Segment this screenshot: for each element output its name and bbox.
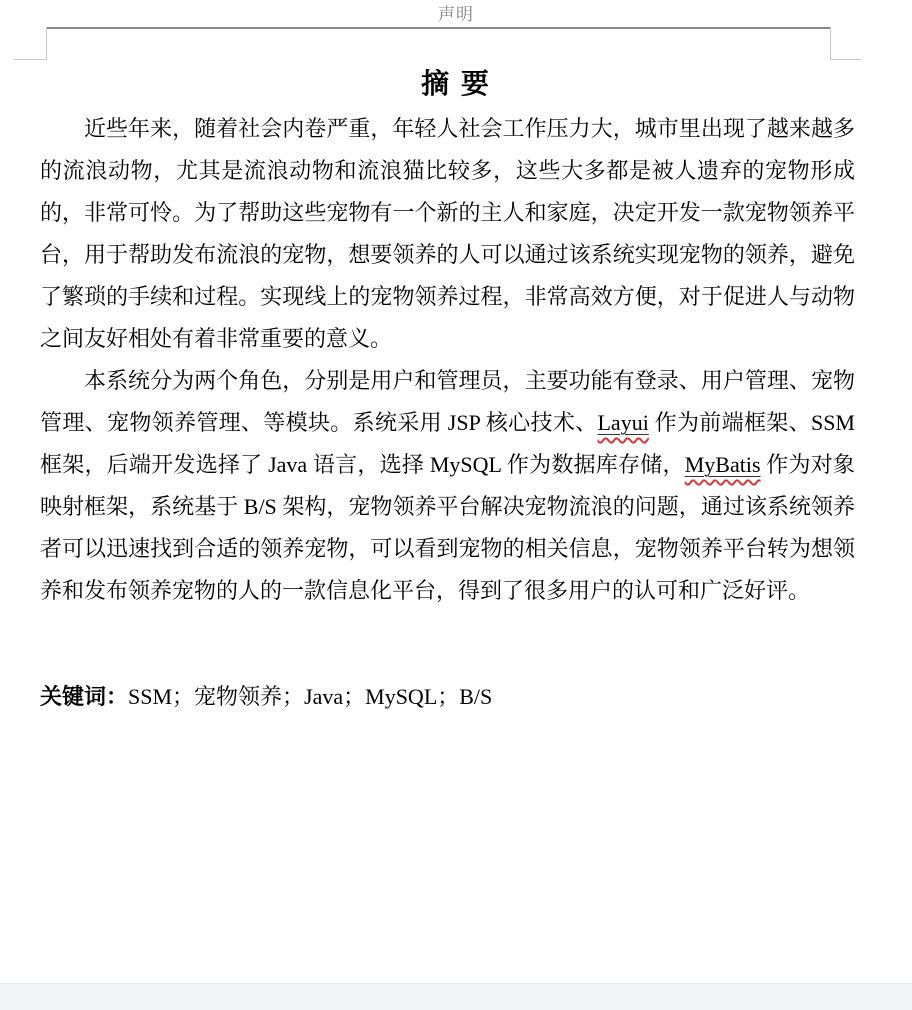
abstract-paragraph-2: 本系统分为两个角色，分别是用户和管理员，主要功能有登录、用户管理、宠物管理、宠物… bbox=[40, 360, 855, 612]
misspelled-word-mybatis: MyBatis bbox=[685, 452, 761, 477]
abstract-body: 近些年来，随着社会内卷严重，年轻人社会工作压力大，城市里出现了越来越多的流浪动物… bbox=[40, 108, 855, 612]
page-bottom-gap bbox=[0, 983, 912, 1010]
keywords-line: 关键词：SSM；宠物领养；Java；MySQL；B/S bbox=[40, 676, 855, 718]
document-page: 声明 摘 要 近些年来，随着社会内卷严重，年轻人社会工作压力大，城市里出现了越来… bbox=[0, 0, 912, 1010]
abstract-section: 摘 要 近些年来，随着社会内卷严重，年轻人社会工作压力大，城市里出现了越来越多的… bbox=[0, 0, 912, 718]
keywords-value: SSM；宠物领养；Java；MySQL；B/S bbox=[128, 684, 492, 709]
keywords-label: 关键词： bbox=[40, 684, 128, 709]
abstract-title: 摘 要 bbox=[0, 0, 912, 102]
misspelled-word-layui: Layui bbox=[597, 410, 648, 435]
abstract-paragraph-1: 近些年来，随着社会内卷严重，年轻人社会工作压力大，城市里出现了越来越多的流浪动物… bbox=[40, 108, 855, 360]
